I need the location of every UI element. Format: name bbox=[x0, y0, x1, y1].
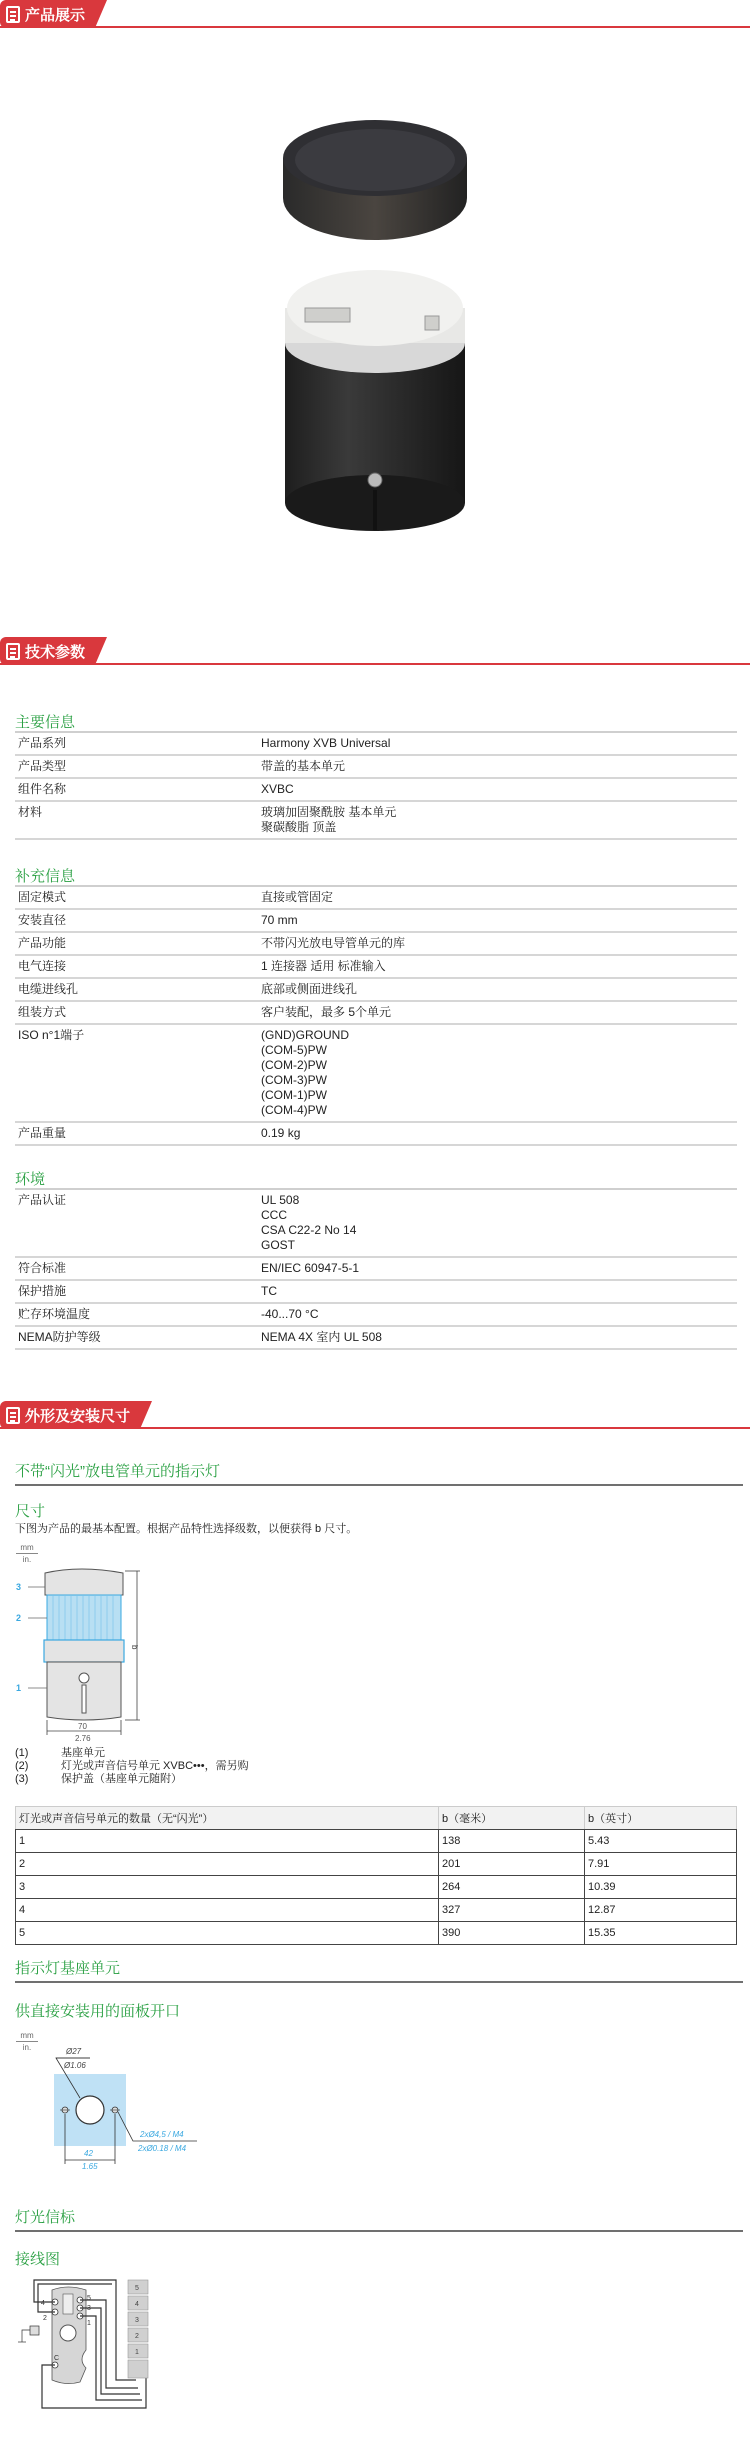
spec-key: 贮存环境温度 bbox=[18, 1307, 261, 1322]
spec-key: ISO n°1端子 bbox=[18, 1028, 261, 1118]
spec-row: 材料玻璃加固聚酰胺 基本单元聚碳酸脂 顶盖 bbox=[15, 802, 737, 840]
svg-text:2: 2 bbox=[135, 2333, 139, 2340]
spec-key: 产品认证 bbox=[18, 1193, 261, 1253]
section-header-dimensions: 外形及安装尺寸 bbox=[0, 1401, 750, 1429]
heading-wiring: 接线图 bbox=[15, 2248, 60, 2269]
spec-key: 安装直径 bbox=[18, 913, 261, 928]
section-header-product-display: 产品展示 bbox=[0, 0, 750, 28]
wiring-diagram: 4 2 5 3 1 C 5 4 3 2 1 bbox=[0, 2270, 170, 2430]
heading-beacon: 灯光信标 bbox=[15, 2206, 743, 2232]
section-title: 外形及安装尺寸 bbox=[25, 1405, 130, 1426]
section-title: 技术参数 bbox=[25, 641, 85, 662]
legend-item: (1)基座单元 bbox=[15, 1747, 249, 1760]
spec-value: 底部或侧面进线孔 bbox=[261, 982, 737, 997]
unit-label: mmin. bbox=[16, 1543, 38, 1564]
svg-text:70: 70 bbox=[78, 1722, 87, 1731]
table-row: 326410.39 bbox=[16, 1876, 737, 1899]
product-image bbox=[275, 118, 485, 538]
spec-key: 材料 bbox=[18, 805, 261, 835]
spec-key: 产品系列 bbox=[18, 736, 261, 751]
dimensions-table: 灯光或声音信号单元的数量（无“闪光”） b（毫米） b（英寸） 11385.43… bbox=[15, 1806, 737, 1945]
spec-row: 安装直径70 mm bbox=[15, 910, 737, 933]
spec-key: 产品重量 bbox=[18, 1126, 261, 1141]
spec-key: 组装方式 bbox=[18, 1005, 261, 1020]
spec-row: ISO n°1端子 (GND)GROUND(COM-5)PW(COM-2)PW(… bbox=[15, 1025, 737, 1123]
spec-row: 贮存环境温度-40...70 °C bbox=[15, 1304, 737, 1327]
svg-text:1: 1 bbox=[16, 1683, 21, 1693]
spec-key: 保护措施 bbox=[18, 1284, 261, 1299]
spec-key: 组件名称 bbox=[18, 782, 261, 797]
spec-row: 产品系列Harmony XVB Universal bbox=[15, 733, 737, 756]
spec-group-title: 环境 bbox=[15, 1170, 737, 1190]
heading-indicator-without-flash: 不带“闪光”放电管单元的指示灯 bbox=[15, 1460, 743, 1486]
svg-text:2: 2 bbox=[43, 2315, 47, 2322]
svg-text:2xØ0.18 / M4: 2xØ0.18 / M4 bbox=[137, 2144, 187, 2153]
svg-text:1.65: 1.65 bbox=[82, 2162, 98, 2170]
svg-text:b: b bbox=[130, 1645, 139, 1650]
heading-base-unit: 指示灯基座单元 bbox=[15, 1957, 743, 1983]
legend-item: (3)保护盖（基座单元随附） bbox=[15, 1773, 249, 1786]
svg-text:Ø1.06: Ø1.06 bbox=[63, 2061, 86, 2070]
svg-text:2xØ4,5 / M4: 2xØ4,5 / M4 bbox=[139, 2130, 184, 2139]
svg-text:3: 3 bbox=[135, 2317, 139, 2324]
section-header-tech-params: 技术参数 bbox=[0, 637, 750, 665]
section-tab: 产品展示 bbox=[0, 0, 95, 28]
section-tab: 外形及安装尺寸 bbox=[0, 1401, 140, 1429]
spec-group-environment: 环境 产品认证 UL 508CCCCSA C22-2 No 14GOST 符合标… bbox=[15, 1170, 737, 1350]
heading-panel-cutout: 供直接安装用的面板开口 bbox=[15, 2000, 180, 2021]
panel-cutout-drawing: Ø27 Ø1.06 2xØ4,5 / M4 2xØ0.18 / M4 42 1.… bbox=[0, 2040, 220, 2170]
spec-key: 产品功能 bbox=[18, 936, 261, 951]
svg-text:2: 2 bbox=[16, 1613, 21, 1623]
spec-value: XVBC bbox=[261, 782, 737, 797]
spec-key: 固定模式 bbox=[18, 890, 261, 905]
svg-text:5: 5 bbox=[87, 2295, 91, 2302]
spec-value: NEMA 4X 室内 UL 508 bbox=[261, 1330, 737, 1345]
spec-row: 保护措施TC bbox=[15, 1281, 737, 1304]
spec-row: 产品重量0.19 kg bbox=[15, 1123, 737, 1146]
table-row: 432712.87 bbox=[16, 1899, 737, 1922]
spec-value: 客户装配，最多 5个单元 bbox=[261, 1005, 737, 1020]
section-title: 产品展示 bbox=[25, 4, 85, 25]
spec-group-main: 主要信息 产品系列Harmony XVB Universal 产品类型带盖的基本… bbox=[15, 713, 737, 840]
table-header-row: 灯光或声音信号单元的数量（无“闪光”） b（毫米） b（英寸） bbox=[16, 1807, 737, 1830]
svg-text:3: 3 bbox=[16, 1582, 21, 1592]
svg-text:4: 4 bbox=[135, 2301, 139, 2308]
spec-row: 电缆进线孔底部或侧面进线孔 bbox=[15, 979, 737, 1002]
svg-text:4: 4 bbox=[41, 2300, 45, 2307]
spec-value: 70 mm bbox=[261, 913, 737, 928]
svg-text:Ø27: Ø27 bbox=[65, 2047, 82, 2056]
spec-row: 固定模式直接或管固定 bbox=[15, 887, 737, 910]
spec-value: EN/IEC 60947-5-1 bbox=[261, 1261, 737, 1276]
spec-value: 玻璃加固聚酰胺 基本单元聚碳酸脂 顶盖 bbox=[261, 805, 737, 835]
spec-group-title: 主要信息 bbox=[15, 713, 737, 733]
svg-text:1: 1 bbox=[87, 2320, 91, 2327]
section-rule bbox=[0, 663, 750, 665]
spec-key: 电缆进线孔 bbox=[18, 982, 261, 997]
heading-size: 尺寸 bbox=[15, 1500, 45, 1521]
spec-value: 带盖的基本单元 bbox=[261, 759, 737, 774]
spec-value: (GND)GROUND(COM-5)PW(COM-2)PW(COM-3)PW(C… bbox=[261, 1028, 737, 1118]
legend-item: (2)灯光或声音信号单元 XVBC•••，需另购 bbox=[15, 1760, 249, 1773]
spec-key: 符合标准 bbox=[18, 1261, 261, 1276]
spec-key: 电气连接 bbox=[18, 959, 261, 974]
spec-key: NEMA防护等级 bbox=[18, 1330, 261, 1345]
spec-key: 产品类型 bbox=[18, 759, 261, 774]
svg-text:5: 5 bbox=[135, 2285, 139, 2292]
spec-row: 产品类型带盖的基本单元 bbox=[15, 756, 737, 779]
document-icon bbox=[6, 643, 20, 660]
svg-text:C: C bbox=[54, 2355, 59, 2362]
spec-value: -40...70 °C bbox=[261, 1307, 737, 1322]
spec-value: 直接或管固定 bbox=[261, 890, 737, 905]
document-icon bbox=[6, 6, 20, 23]
table-row: 11385.43 bbox=[16, 1830, 737, 1853]
svg-text:2.76: 2.76 bbox=[75, 1734, 91, 1743]
svg-text:1: 1 bbox=[135, 2349, 139, 2356]
spec-row: NEMA防护等级NEMA 4X 室内 UL 508 bbox=[15, 1327, 737, 1350]
size-note: 下图为产品的最基本配置。根据产品特性选择级数，以便获得 b 尺寸。 bbox=[15, 1520, 357, 1536]
section-rule bbox=[0, 26, 750, 28]
spec-row: 符合标准EN/IEC 60947-5-1 bbox=[15, 1258, 737, 1281]
section-rule bbox=[0, 1427, 750, 1429]
spec-group-supplementary: 补充信息 固定模式直接或管固定 安装直径70 mm 产品功能不带闪光放电导管单元… bbox=[15, 867, 737, 1146]
spec-value: TC bbox=[261, 1284, 737, 1299]
spec-row: 组装方式客户装配，最多 5个单元 bbox=[15, 1002, 737, 1025]
spec-value: 0.19 kg bbox=[261, 1126, 737, 1141]
spec-row: 电气连接1 连接器 适用 标准输入 bbox=[15, 956, 737, 979]
dimension-drawing: 3 2 1 b 70 2.76 bbox=[0, 1565, 160, 1745]
document-icon bbox=[6, 1407, 20, 1424]
table-row: 22017.91 bbox=[16, 1853, 737, 1876]
spec-value: 1 连接器 适用 标准输入 bbox=[261, 959, 737, 974]
svg-text:42: 42 bbox=[84, 2149, 93, 2158]
spec-value: Harmony XVB Universal bbox=[261, 736, 737, 751]
spec-row: 组件名称XVBC bbox=[15, 779, 737, 802]
table-row: 539015.35 bbox=[16, 1922, 737, 1945]
section-tab: 技术参数 bbox=[0, 637, 95, 665]
spec-row: 产品认证 UL 508CCCCSA C22-2 No 14GOST bbox=[15, 1190, 737, 1258]
spec-value: UL 508CCCCSA C22-2 No 14GOST bbox=[261, 1193, 737, 1253]
drawing-legend: (1)基座单元 (2)灯光或声音信号单元 XVBC•••，需另购 (3)保护盖（… bbox=[15, 1747, 249, 1786]
spec-row: 产品功能不带闪光放电导管单元的库 bbox=[15, 933, 737, 956]
spec-value: 不带闪光放电导管单元的库 bbox=[261, 936, 737, 951]
spec-group-title: 补充信息 bbox=[15, 867, 737, 887]
